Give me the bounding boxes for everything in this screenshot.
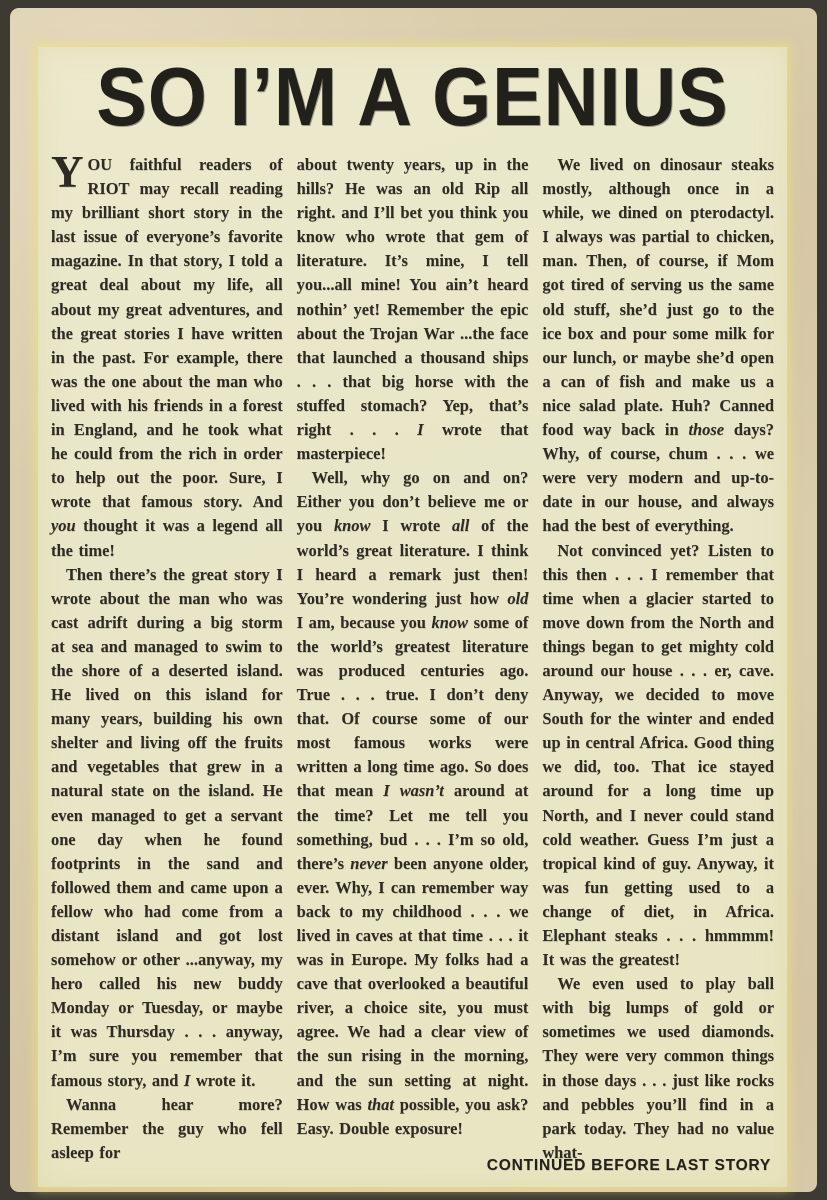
paragraph: Well, why go on and on? Either you don’t…: [297, 466, 529, 1141]
text-column-2: about twenty years, up in the hills? He …: [297, 153, 529, 1165]
paragraph: Wanna hear more? Remember the guy who fe…: [51, 1093, 283, 1165]
paragraph: YOU faithful readers of RIOT may recall …: [51, 153, 283, 563]
paragraph: We even used to play ball with big lumps…: [542, 972, 774, 1165]
paragraph: Then there’s the great story I wrote abo…: [51, 563, 283, 1093]
text-column-3: We lived on dinosaur steaks mostly, alth…: [542, 153, 774, 1165]
text-columns: YOU faithful readers of RIOT may recall …: [38, 147, 787, 1165]
text-column-1: YOU faithful readers of RIOT may recall …: [51, 153, 283, 1165]
comic-page: SO I’M A GENIUS YOU faithful readers of …: [0, 0, 827, 1200]
continued-notice: CONTINUED BEFORE LAST STORY: [487, 1157, 771, 1175]
paragraph: Not convinced yet? Listen to this then .…: [542, 539, 774, 973]
paper-background: SO I’M A GENIUS YOU faithful readers of …: [10, 8, 817, 1192]
paragraph: We lived on dinosaur steaks mostly, alth…: [542, 153, 774, 539]
drop-cap: Y: [51, 153, 88, 191]
paragraph: about twenty years, up in the hills? He …: [297, 153, 529, 466]
story-panel: SO I’M A GENIUS YOU faithful readers of …: [38, 47, 787, 1187]
paragraph-text: OU faithful readers of RIOT may recall r…: [51, 155, 283, 560]
story-title: SO I’M A GENIUS: [53, 49, 772, 149]
